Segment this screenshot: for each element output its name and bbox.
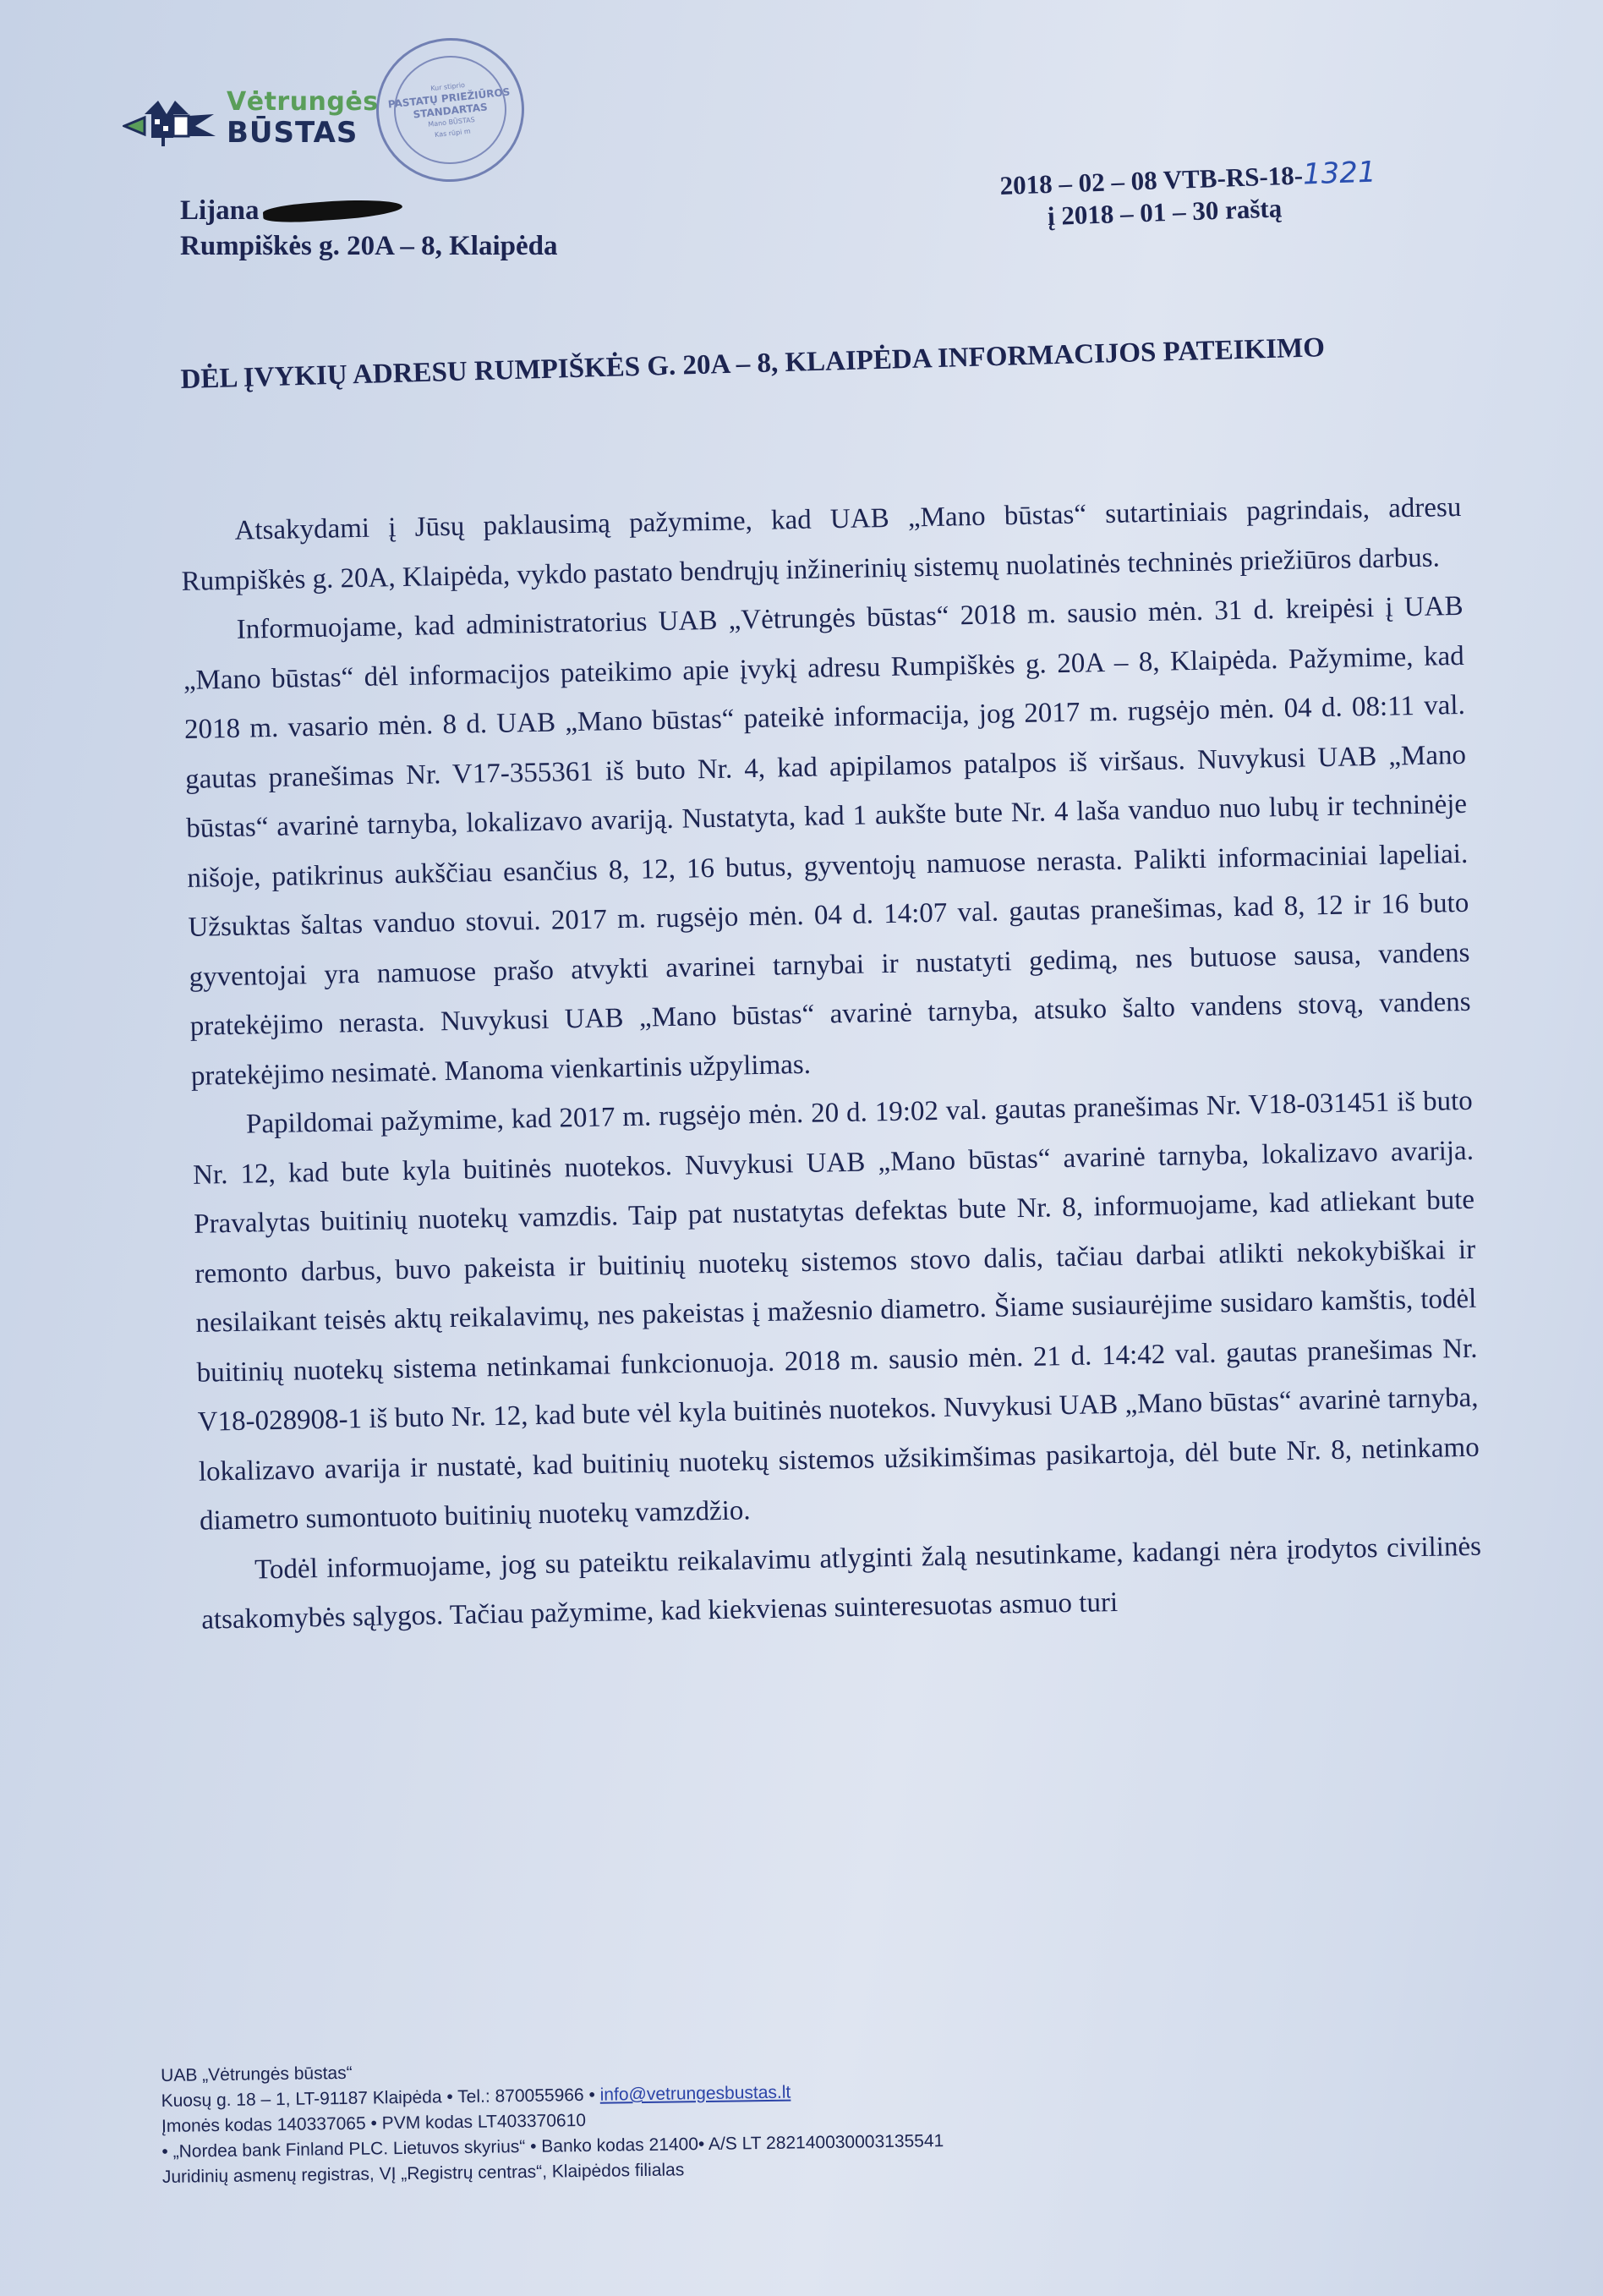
stamp-main-line-2: STANDARTAS xyxy=(413,101,488,121)
recipient-name: Lijana xyxy=(180,193,260,228)
footer-address: Kuosų g. 18 – 1, LT-91187 Klaipėda • Tel… xyxy=(161,2085,595,2111)
stamp-top-text: Kur stiprio xyxy=(430,81,465,92)
recipient-block: Lijana Rumpiškės g. 20A – 8, Klaipėda xyxy=(180,193,558,264)
company-logo: Vėtrungės BŪSTAS xyxy=(123,89,379,148)
body-paragraph-2: Informuojame, kad administratorius UAB „… xyxy=(182,582,1472,1101)
recipient-address: Rumpiškės g. 20A – 8, Klaipėda xyxy=(180,228,558,264)
body-paragraph-3: Papildomai pažymime, kad 2017 m. rugsėjo… xyxy=(191,1077,1480,1546)
letter-body: Atsakydami į Jūsų paklausimą pažymime, k… xyxy=(180,483,1483,1645)
logo-text-bottom: BŪSTAS xyxy=(227,118,379,147)
stamp-sub-text: Mano BŪSTAS xyxy=(428,116,475,129)
logo-text-top: Vėtrungės xyxy=(227,90,379,115)
handwritten-number: 1321 xyxy=(1302,155,1376,191)
stamp-bottom-text: Kas rūpi m xyxy=(435,128,471,139)
letter-subject: DĖL ĮVYKIŲ ADRESU RUMPIŠKĖS G. 20A – 8, … xyxy=(180,329,1365,397)
reference-block: 2018 – 02 – 08 VTB-RS-18-1321 į 2018 – 0… xyxy=(999,156,1377,233)
sailboat-logo-icon xyxy=(123,89,220,148)
letter-page: Vėtrungės BŪSTAS Kur stiprio PASTATŲ PRI… xyxy=(0,0,1603,2296)
stamp-main-line-1: PASTATŲ PRIEŽIŪROS xyxy=(387,86,511,111)
company-footer: UAB „Vėtrungės būstas“ Kuosų g. 18 – 1, … xyxy=(161,2052,944,2190)
quality-stamp: Kur stiprio PASTATŲ PRIEŽIŪROS STANDARTA… xyxy=(369,30,532,189)
footer-email-link[interactable]: info@vetrungesbustas.lt xyxy=(600,2083,791,2105)
redacted-surname xyxy=(262,196,402,224)
